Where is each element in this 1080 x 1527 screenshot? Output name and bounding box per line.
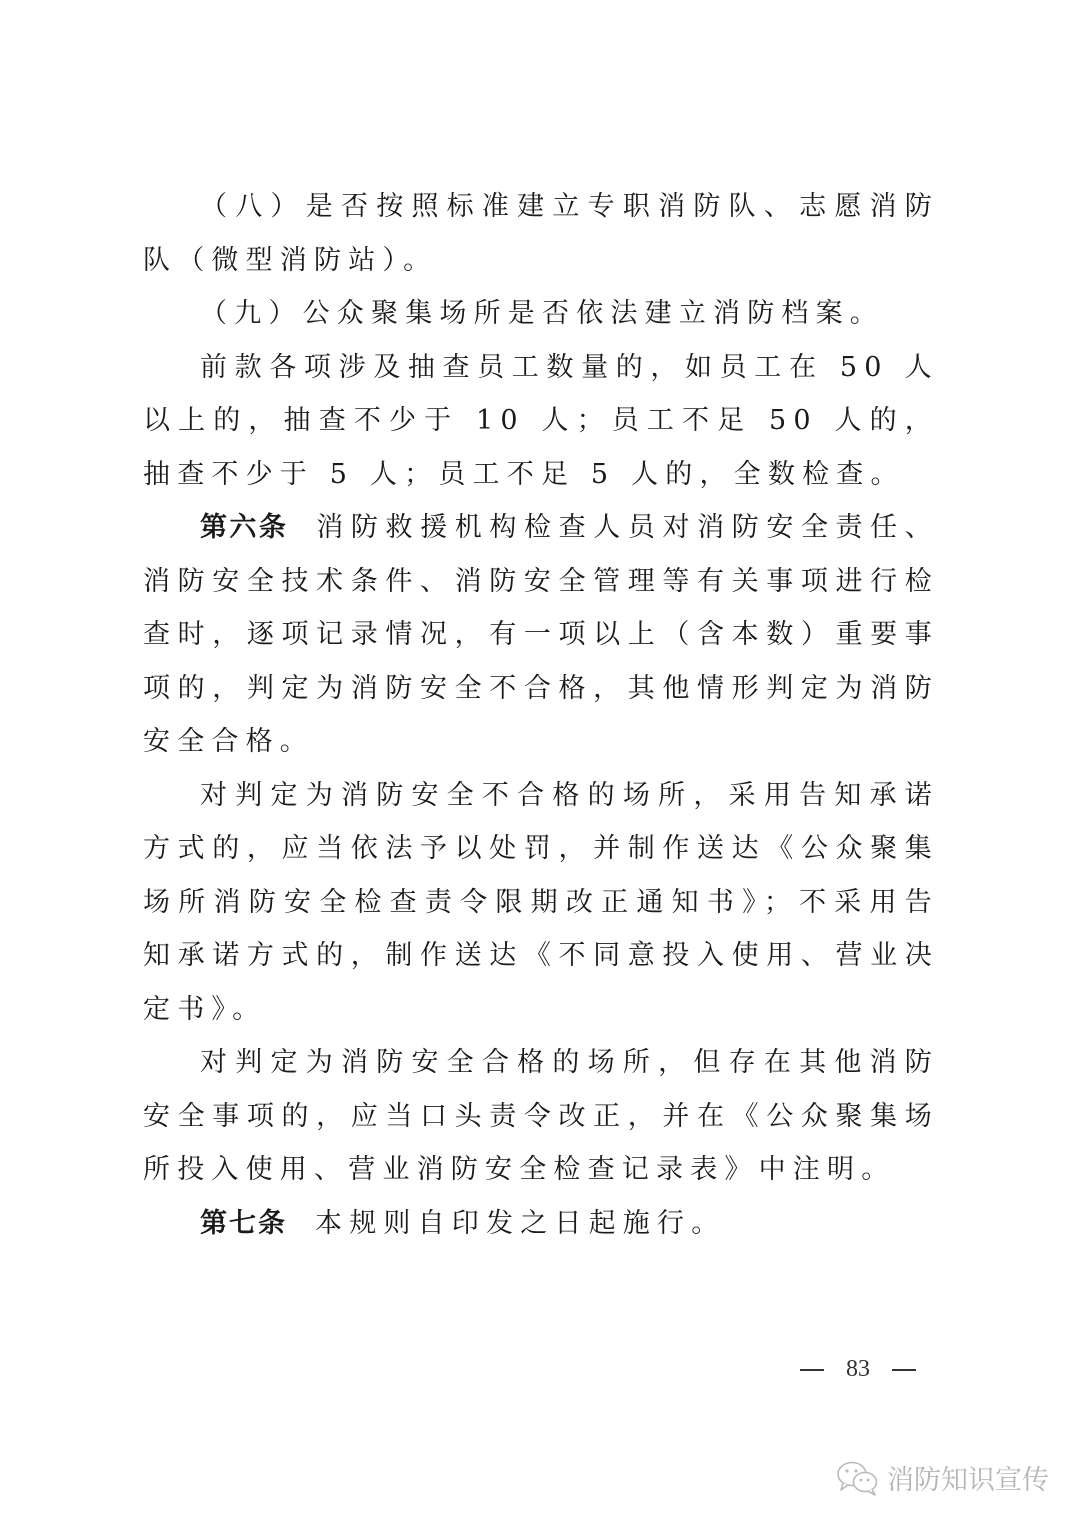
paragraph-sampling-rule: 前款各项涉及抽查员工数量的，如员工在 50 人以上的，抽查不少于 10 人；员工… — [143, 341, 939, 502]
article-6-text: 消防救援机构检查人员对消防安全责任、消防安全技术条件、消防安全管理等有关事项进行… — [143, 512, 939, 757]
wechat-icon — [835, 1459, 881, 1497]
paragraph-item-8: （八）是否按照标准建立专职消防队、志愿消防队（微型消防站）。 — [143, 180, 939, 287]
page-number-value: 83 — [846, 1356, 870, 1383]
paragraph-qualified: 对判定为消防安全合格的场所，但存在其他消防安全事项的，应当口头责令改正，并在《公… — [143, 1036, 939, 1197]
dash-left — [800, 1369, 824, 1371]
dash-right — [892, 1369, 916, 1371]
paragraph-item-9: （九）公众聚集场所是否依法建立消防档案。 — [143, 287, 939, 341]
article-7-text: 本规则自印发之日起施行。 — [315, 1208, 725, 1239]
watermark-label: 消防知识宣传 — [887, 1458, 1049, 1497]
article-6: 第六条消防救援机构检查人员对消防安全责任、消防安全技术条件、消防安全管理等有关事… — [143, 501, 939, 769]
document-body: （八）是否按照标准建立专职消防队、志愿消防队（微型消防站）。 （九）公众聚集场所… — [143, 180, 939, 1250]
article-7: 第七条本规则自印发之日起施行。 — [143, 1197, 939, 1251]
page-number: 83 — [800, 1356, 916, 1383]
article-7-heading: 第七条 — [200, 1208, 287, 1239]
paragraph-unqualified: 对判定为消防安全不合格的场所，采用告知承诺方式的，应当依法予以处罚，并制作送达《… — [143, 769, 939, 1037]
watermark: 消防知识宣传 — [835, 1458, 1049, 1497]
article-6-heading: 第六条 — [200, 512, 288, 543]
